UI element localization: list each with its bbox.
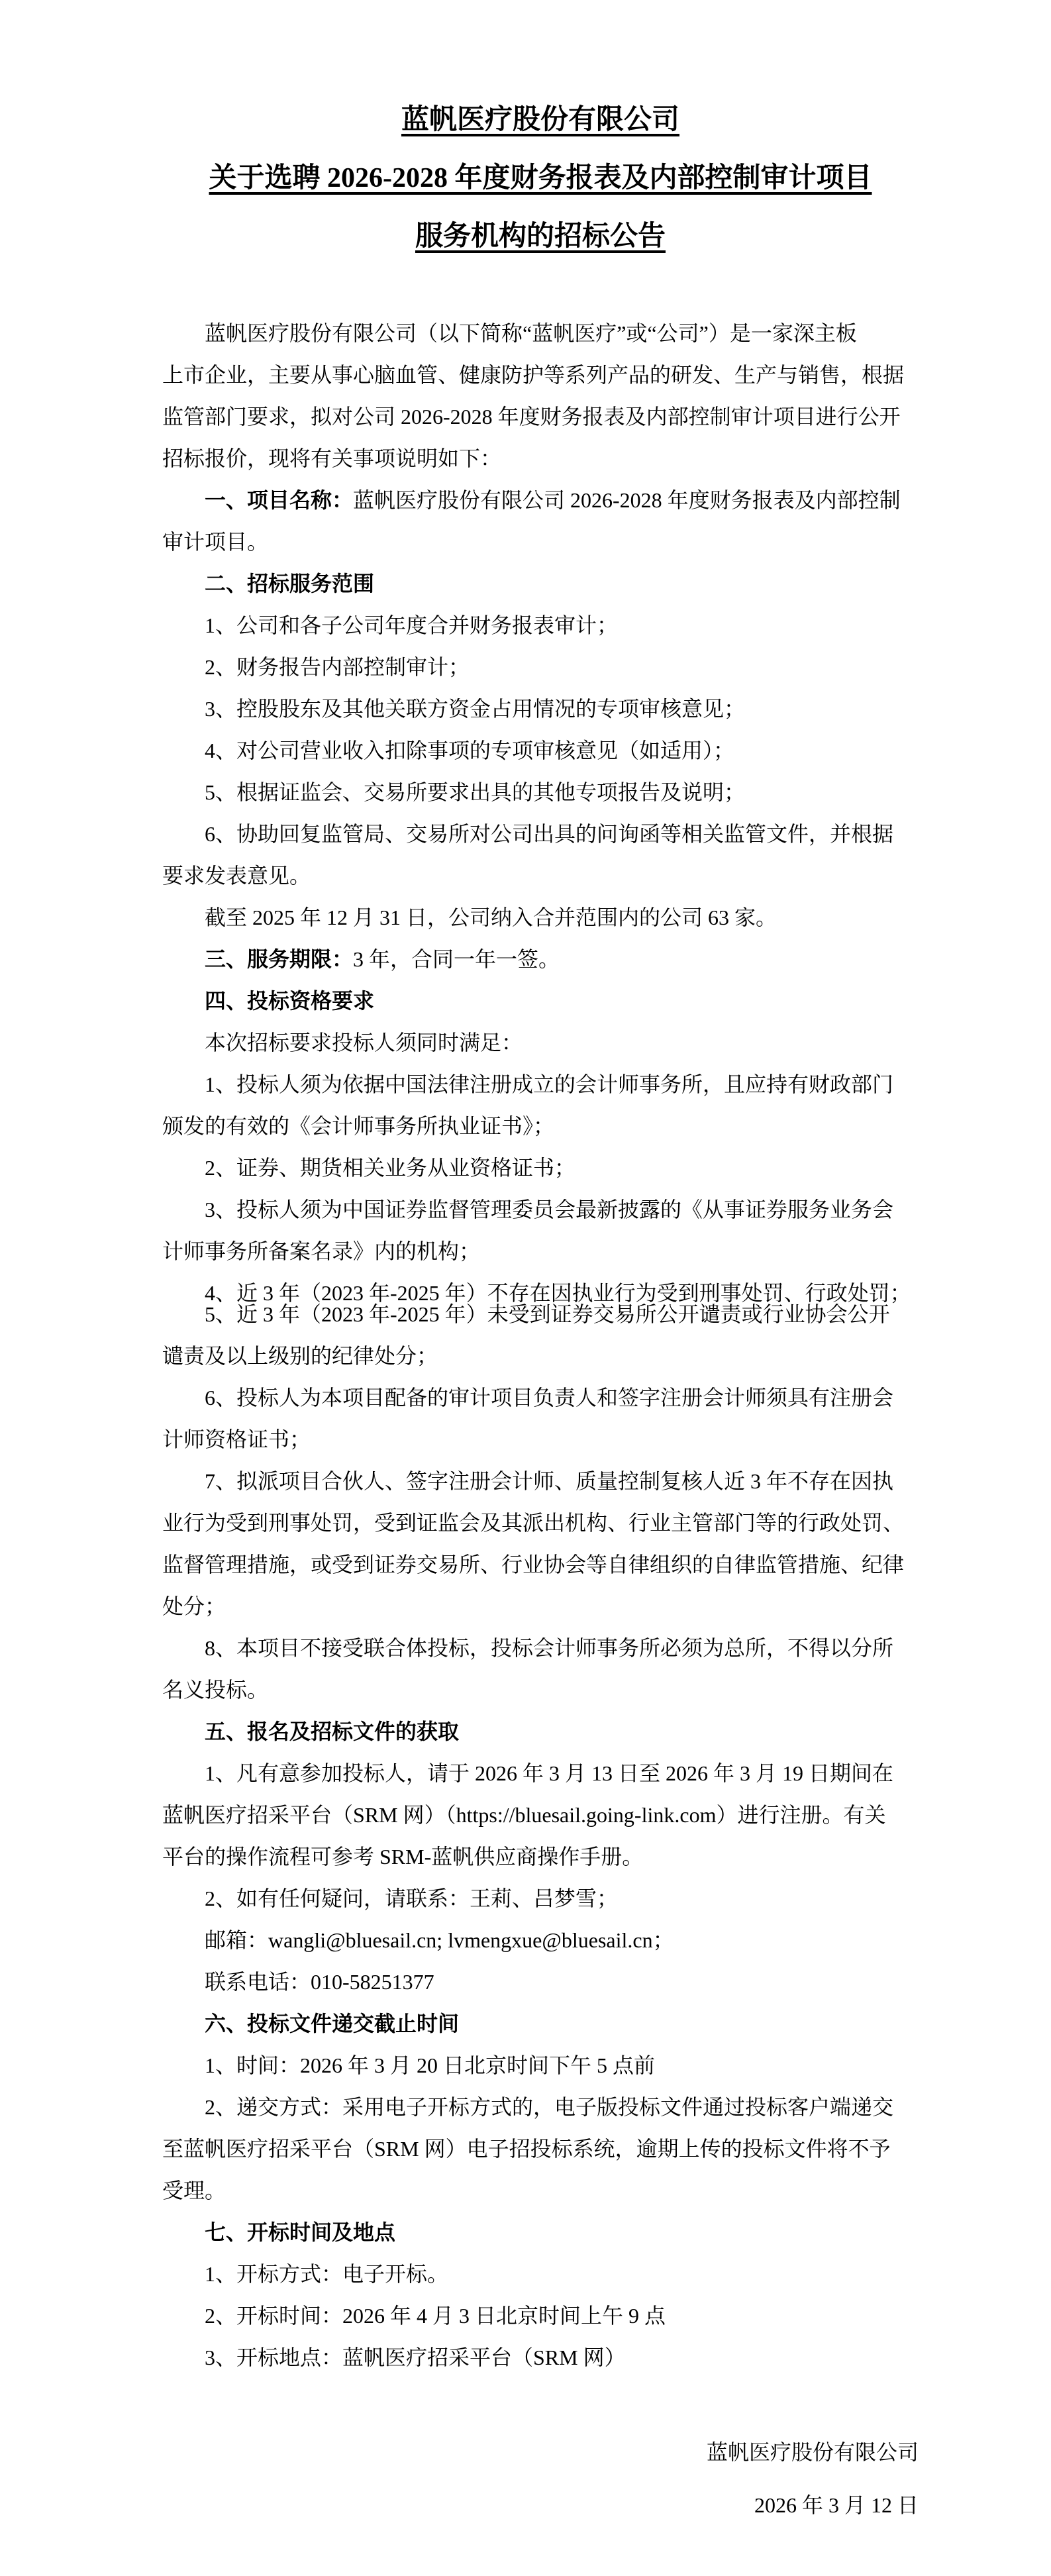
document-line: 1、凡有意参加投标人，请于 2026 年 3 月 13 日至 2026 年 3 … (162, 1753, 919, 1794)
document-line: 3、开标地点：蓝帆医疗招采平台（SRM 网） (162, 2337, 919, 2379)
document-line: 截至 2025 年 12 月 31 日，公司纳入合并范围内的公司 63 家。 (162, 897, 919, 939)
document-line: 上市企业，主要从事心脑血管、健康防护等系列产品的研发、生产与销售，根据 (162, 354, 919, 396)
line-bold-prefix: 三、服务期限： (205, 947, 353, 971)
document-line: 计师事务所备案名录》内的机构； (162, 1231, 919, 1272)
document-line: 名义投标。 (162, 1669, 919, 1711)
document-line: 5、根据证监会、交易所要求出具的其他专项报告及说明； (162, 772, 919, 813)
document-line: 1、时间：2026 年 3 月 20 日北京时间下午 5 点前 (162, 2045, 919, 2087)
document-line: 审计项目。 (162, 521, 919, 563)
document-line: 四、投标资格要求 (162, 980, 919, 1022)
document-line: 五、报名及招标文件的获取 (162, 1711, 919, 1753)
document-line: 1、开标方式：电子开标。 (162, 2253, 919, 2295)
document-line: 联系电话：010-58251377 (162, 1961, 919, 2003)
document-line: 招标报价，现将有关事项说明如下： (162, 438, 919, 480)
document-line: 谴责及以上级别的纪律处分； (162, 1335, 919, 1377)
document-line: 颁发的有效的《会计师事务所执业证书》； (162, 1106, 919, 1147)
document-line: 受理。 (162, 2170, 919, 2212)
document-line: 3、投标人须为中国证券监督管理委员会最新披露的《从事证券服务业务会 (162, 1189, 919, 1231)
document-line: 8、本项目不接受联合体投标，投标会计师事务所必须为总所，不得以分所 (162, 1627, 919, 1669)
document-line: 2、证券、期货相关业务从业资格证书； (162, 1147, 919, 1189)
document-line: 平台的操作流程可参考 SRM-蓝帆供应商操作手册。 (162, 1836, 919, 1878)
document-title: 蓝帆医疗股份有限公司 关于选聘 2026-2028 年度财务报表及内部控制审计项… (162, 91, 919, 266)
document-line: 2、开标时间：2026 年 4 月 3 日北京时间上午 9 点 (162, 2295, 919, 2337)
title-text: 服务机构的招标公告 (415, 221, 666, 252)
document-content: 蓝帆医疗股份有限公司 关于选聘 2026-2028 年度财务报表及内部控制审计项… (0, 0, 1051, 2576)
document-line: 监管部门要求，拟对公司 2026-2028 年度财务报表及内部控制审计项目进行公… (162, 396, 919, 438)
document-body: 蓝帆医疗股份有限公司（以下简称“蓝帆医疗”或“公司”）是一家深主板上市企业，主要… (162, 313, 919, 2379)
title-text: 关于选聘 2026-2028 年度财务报表及内部控制审计项目 (209, 163, 872, 193)
document-line: 二、招标服务范围 (162, 563, 919, 605)
line-bold-prefix: 一、项目名称： (205, 488, 353, 512)
document-line: 6、投标人为本项目配备的审计项目负责人和签字注册会计师须具有注册会 (162, 1377, 919, 1419)
document-line: 1、公司和各子公司年度合并财务报表审计； (162, 605, 919, 646)
signature-company: 蓝帆医疗股份有限公司 (162, 2432, 919, 2473)
document-line: 六、投标文件递交截止时间 (162, 2003, 919, 2045)
document-line: 本次招标要求投标人须同时满足： (162, 1022, 919, 1064)
document-line: 蓝帆医疗股份有限公司（以下简称“蓝帆医疗”或“公司”）是一家深主板 (162, 313, 919, 354)
document-line: 至蓝帆医疗招采平台（SRM 网）电子招投标系统，逾期上传的投标文件将不予 (162, 2128, 919, 2170)
document-line: 2、递交方式：采用电子开标方式的，电子版投标文件通过投标客户端递交 (162, 2087, 919, 2128)
document-line: 业行为受到刑事处罚，受到证监会及其派出机构、行业主管部门等的行政处罚、 (162, 1502, 919, 1544)
document-line: 蓝帆医疗招采平台（SRM 网）（https://bluesail.going-l… (162, 1794, 919, 1836)
document-line: 三、服务期限：3 年，合同一年一签。 (162, 939, 919, 980)
title-line-2: 关于选聘 2026-2028 年度财务报表及内部控制审计项目 (162, 149, 919, 207)
document-page: 蓝帆医疗股份有限公司 关于选聘 2026-2028 年度财务报表及内部控制审计项… (0, 0, 1051, 2576)
document-line: 6、协助回复监管局、交易所对公司出具的问询函等相关监管文件，并根据 (162, 813, 919, 855)
document-line: 七、开标时间及地点 (162, 2212, 919, 2253)
signature-date: 2026 年 3 月 12 日 (162, 2485, 919, 2526)
document-line: 2、财务报告内部控制审计； (162, 646, 919, 688)
document-line: 4、对公司营业收入扣除事项的专项审核意见（如适用）； (162, 730, 919, 772)
title-text: 蓝帆医疗股份有限公司 (401, 105, 679, 135)
document-line: 要求发表意见。 (162, 855, 919, 897)
document-line: 计师资格证书； (162, 1419, 919, 1461)
title-line-3: 服务机构的招标公告 (162, 207, 919, 266)
document-line: 监督管理措施，或受到证券交易所、行业协会等自律组织的自律监管措施、纪律 (162, 1544, 919, 1586)
title-line-1: 蓝帆医疗股份有限公司 (162, 91, 919, 149)
document-line: 5、近 3 年（2023 年-2025 年）未受到证券交易所公开谴责或行业协会公… (162, 1294, 919, 1335)
document-line: 2、如有任何疑问，请联系：王莉、吕梦雪； (162, 1878, 919, 1920)
document-line: 7、拟派项目合伙人、签字注册会计师、质量控制复核人近 3 年不存在因执 (162, 1461, 919, 1502)
document-line: 处分； (162, 1586, 919, 1627)
document-line: 一、项目名称：蓝帆医疗股份有限公司 2026-2028 年度财务报表及内部控制 (162, 480, 919, 521)
document-line: 邮箱：wangli@bluesail.cn; lvmengxue@bluesai… (162, 1920, 919, 1961)
document-line: 1、投标人须为依据中国法律注册成立的会计师事务所，且应持有财政部门 (162, 1064, 919, 1106)
document-line: 3、控股股东及其他关联方资金占用情况的专项审核意见； (162, 688, 919, 730)
